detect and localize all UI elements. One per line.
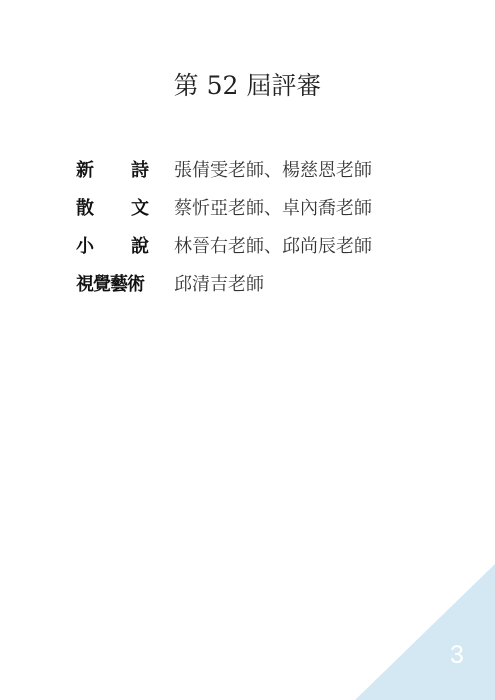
- page-number: 3: [450, 641, 464, 670]
- judge-row-fiction: 小 說 林晉右老師、邱尚辰老師: [76, 226, 372, 264]
- category-char: 小: [76, 232, 94, 258]
- judges-list: 新 詩 張倩雯老師、楊慈恩老師 散 文 蔡忻亞老師、卓內喬老師 小 說 林晉右老…: [76, 150, 372, 302]
- category-char: 詩: [131, 156, 149, 182]
- category-label: 新 詩: [76, 156, 149, 182]
- corner-triangle-decoration: [355, 564, 495, 700]
- judge-row-prose: 散 文 蔡忻亞老師、卓內喬老師: [76, 188, 372, 226]
- category-char: 文: [131, 194, 149, 220]
- category-char: 新: [76, 156, 94, 182]
- category-label: 視覺藝術: [76, 270, 149, 296]
- category-char: 說: [131, 232, 149, 258]
- page-title: 第 52 屆評審: [0, 66, 495, 102]
- judge-row-visual-art: 視覺藝術 邱清吉老師: [76, 264, 372, 302]
- judge-names: 邱清吉老師: [174, 270, 264, 296]
- category-label: 散 文: [76, 194, 149, 220]
- category-char: 散: [76, 194, 94, 220]
- judge-names: 林晉右老師、邱尚辰老師: [174, 232, 372, 258]
- judge-row-poetry: 新 詩 張倩雯老師、楊慈恩老師: [76, 150, 372, 188]
- category-label: 小 說: [76, 232, 149, 258]
- category-char: 視覺藝術: [76, 270, 144, 296]
- judge-names: 張倩雯老師、楊慈恩老師: [174, 156, 372, 182]
- judge-names: 蔡忻亞老師、卓內喬老師: [174, 194, 372, 220]
